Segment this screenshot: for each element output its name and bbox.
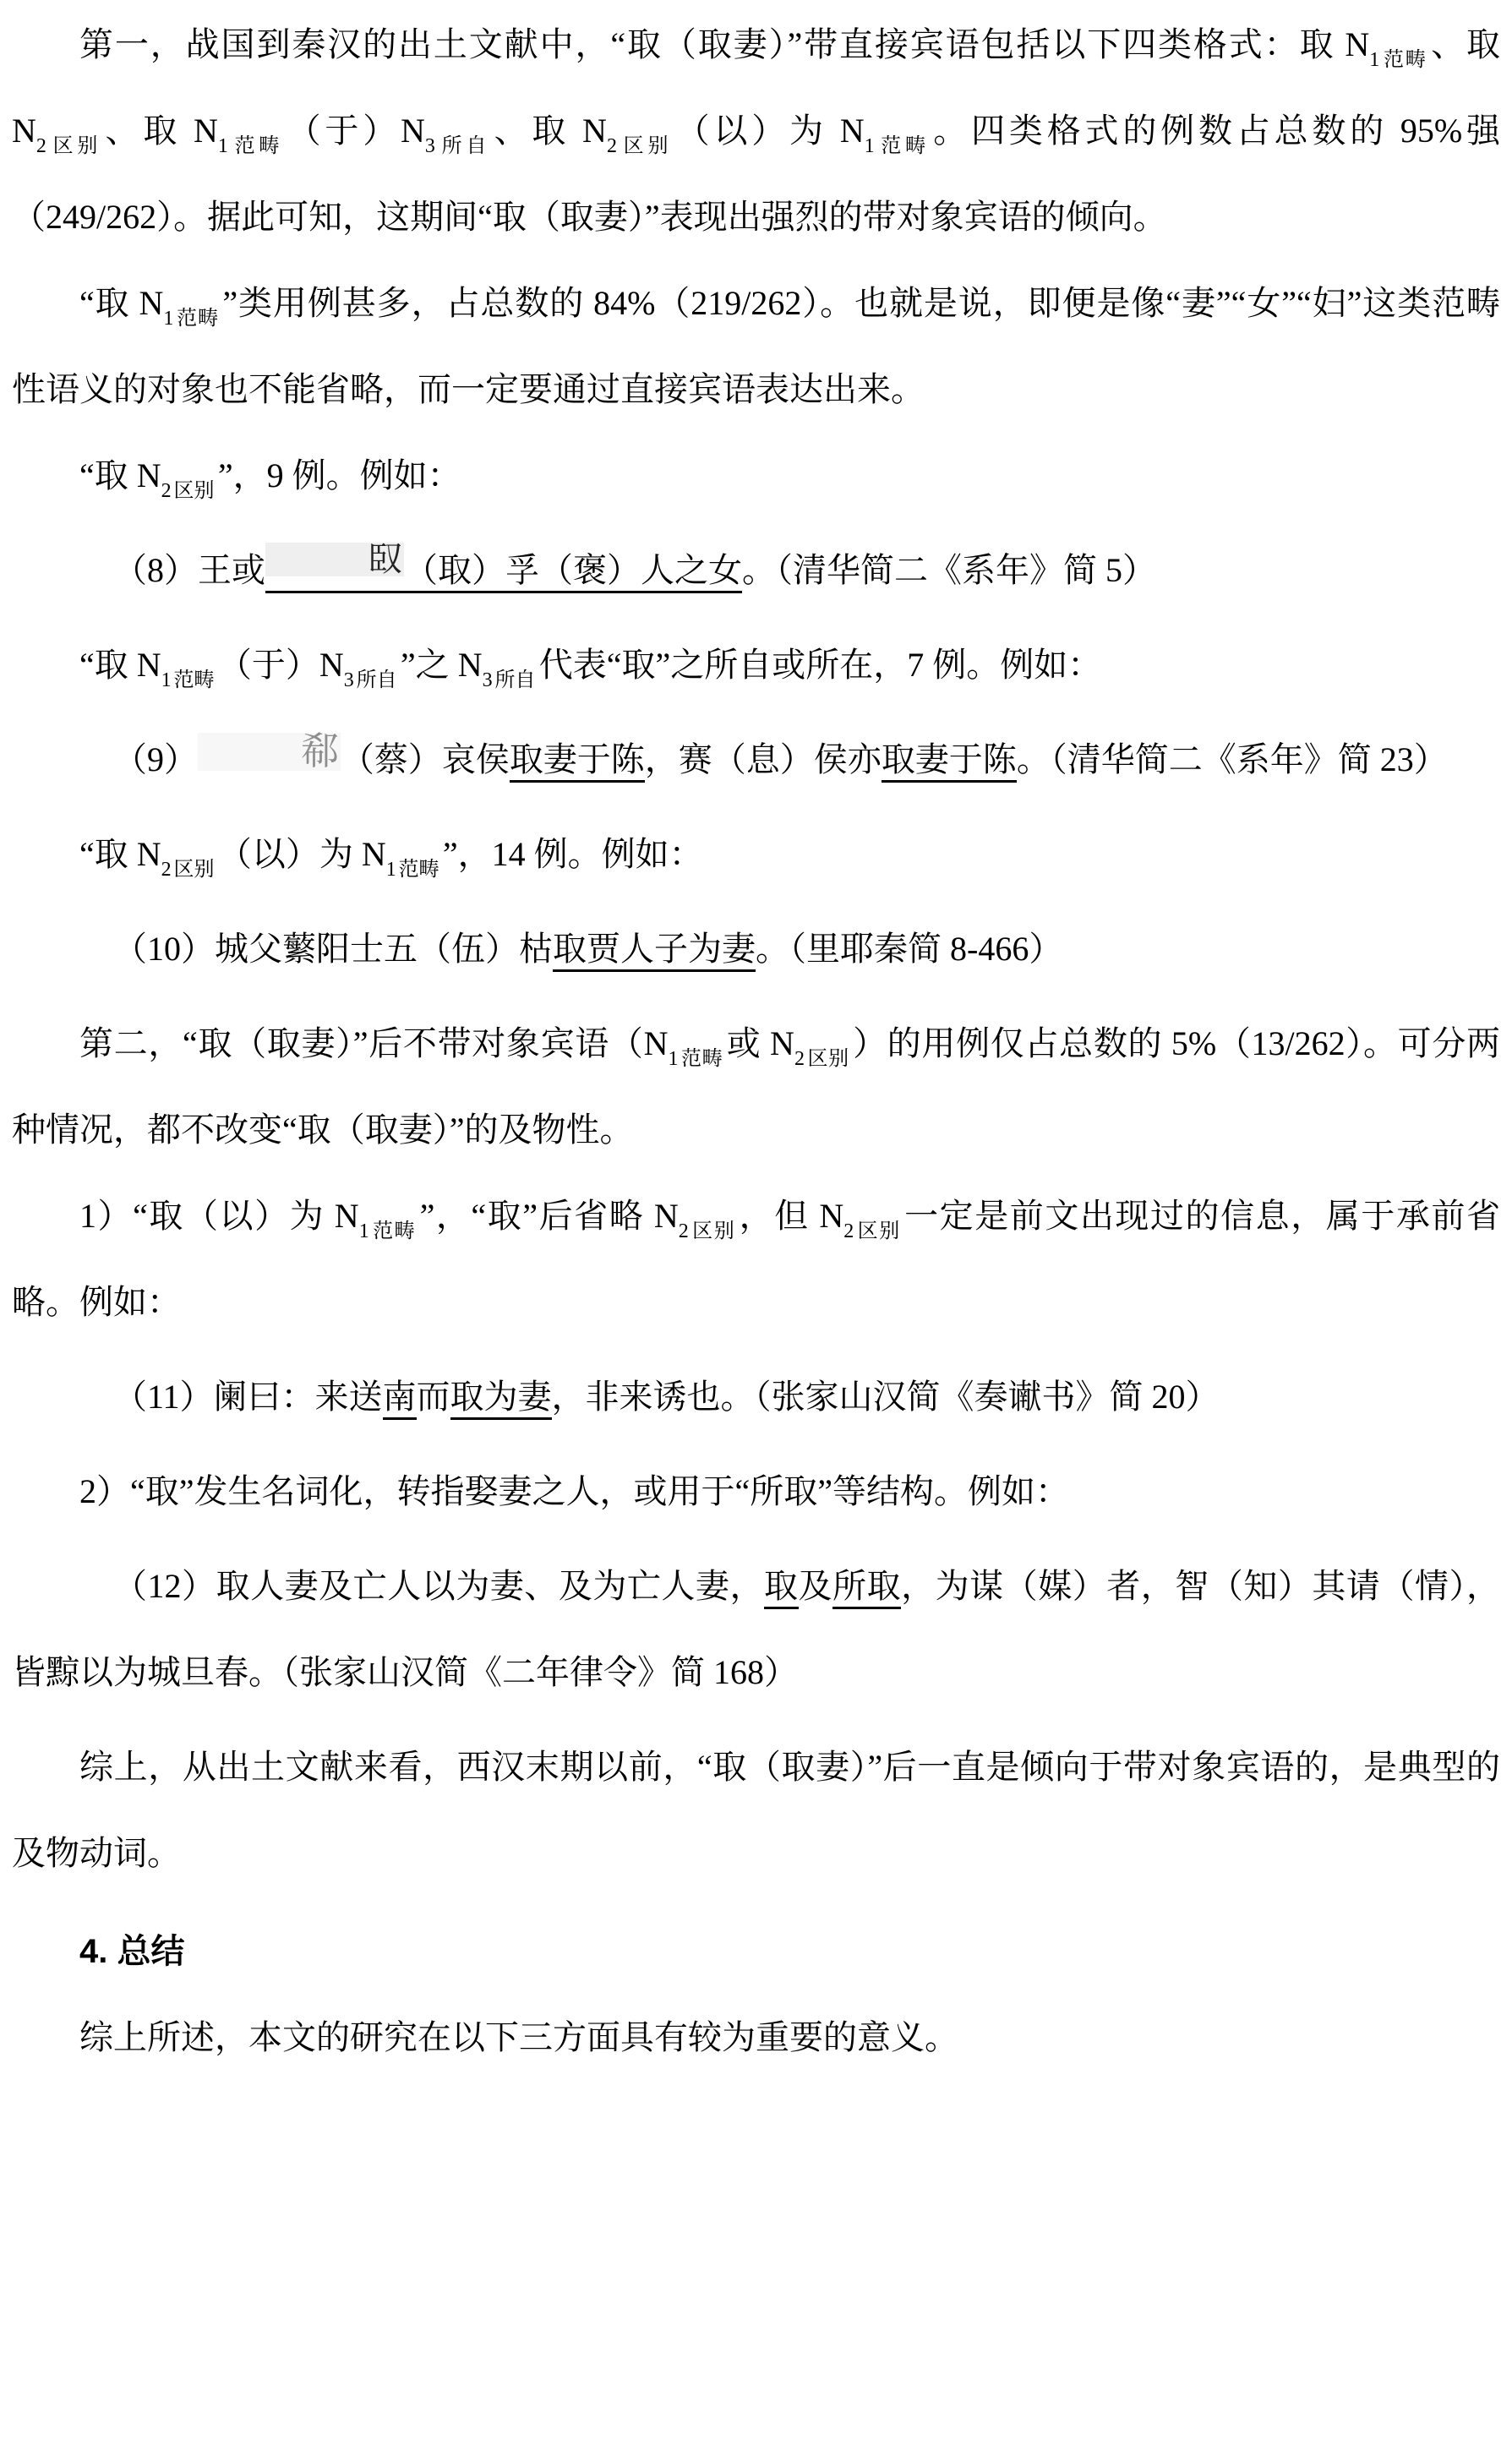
text-run: （10）城父蘩阳士五（伍）枯	[113, 930, 553, 968]
n-base: N	[582, 112, 607, 150]
n-subscript-number: 3	[483, 669, 493, 691]
example-sentence-11: （11）阑曰：来送南而取为妻，非来诱也。（张家山汉简《奏谳书》简 20）	[12, 1354, 1500, 1440]
example-sentence-10: （10）城父蘩阳士五（伍）枯取贾人子为妻。（里耶秦简 8-466）	[12, 906, 1500, 992]
text-run: ”，“取”后省略	[420, 1197, 654, 1235]
text-run: 、取	[106, 112, 194, 150]
n-subscript-label: 范畴	[176, 308, 219, 330]
text-run: （于）	[287, 112, 401, 150]
n-subscript-label: 范畴	[680, 1048, 723, 1070]
n-base: N	[1345, 25, 1369, 63]
text-run: 南	[383, 1378, 417, 1416]
n-subscript-number: 2	[36, 135, 46, 157]
n-base: N	[139, 284, 164, 322]
text-run: 或	[727, 1024, 770, 1062]
n-subscript-formula: N1范畴	[194, 112, 287, 150]
text-run: “取	[79, 456, 137, 494]
n-subscript-number: 3	[425, 135, 435, 157]
n-subscript-label: 区别	[174, 859, 215, 881]
n-base: N	[137, 456, 161, 494]
n-subscript-label: 范畴	[372, 1220, 417, 1242]
text-run: 所取	[832, 1567, 901, 1605]
underlined-text: 取妻于陈	[510, 740, 645, 783]
n-subscript-formula: N1范畴	[362, 835, 443, 873]
text-run: ，但	[740, 1197, 820, 1235]
text-run: （8）王或	[113, 551, 265, 589]
n-subscript-label: 区别	[856, 1220, 901, 1242]
n-base: N	[644, 1024, 669, 1062]
text-run: （于）	[218, 646, 319, 684]
text-run: 4. 总结	[79, 1933, 184, 1970]
text-run: 取	[764, 1567, 799, 1605]
text-run: （以）为	[218, 835, 362, 873]
n-base: N	[12, 112, 36, 150]
text-run: （蔡）哀侯	[341, 740, 510, 778]
n-subscript-number: 2	[607, 135, 617, 157]
text-run: ”，14 例。例如：	[443, 835, 703, 873]
n-subscript-formula: N2区别	[12, 112, 106, 150]
n-subscript-label: 范畴	[1382, 49, 1427, 71]
n-subscript-number: 1	[1369, 49, 1379, 71]
n-base: N	[335, 1197, 359, 1235]
n-subscript-formula: N2区别	[137, 835, 218, 873]
n-subscript-number: 1	[161, 669, 172, 691]
n-base: N	[137, 835, 161, 873]
n-subscript-label: 区别	[49, 135, 101, 157]
text-run: 及	[799, 1567, 833, 1605]
body-paragraph-first-point: 第一，战国到秦汉的出土文献中，“取（取妻）”带直接宾语包括以下四类格式：取 N1…	[12, 2, 1500, 260]
text-run: （11）阑曰：来送	[113, 1378, 383, 1416]
text-run: 取妻于陈	[510, 740, 645, 778]
text-run: 代表“取”之所自或所在，7 例。例如：	[539, 646, 1102, 684]
body-paragraph-second-point: 第二，“取（取妻）”后不带对象宾语（N1范畴或 N2区别）的用例仅占总数的 5%…	[12, 1001, 1500, 1173]
n-subscript-formula: N1范畴	[1345, 25, 1431, 63]
text-run: 。（清华简二《系年》简 5）	[742, 551, 1156, 589]
n-subscript-label: 区别	[620, 135, 672, 157]
text-run: ”，9 例。例如：	[218, 456, 461, 494]
n-subscript-number: 1	[218, 135, 228, 157]
n-base: N	[819, 1197, 843, 1235]
text-run: 取贾人子为妻	[553, 930, 756, 968]
n-subscript-label: 区别	[174, 480, 215, 502]
n-subscript-label: 范畴	[876, 135, 929, 157]
n-subscript-label: 范畴	[231, 135, 283, 157]
body-paragraph-summary: 综上，从出土文献来看，西汉末期以前，“取（取妻）”后一直是倾向于带对象宾语的，是…	[12, 1724, 1500, 1897]
text-run: ，非来诱也。（张家山汉简《奏谳书》简 20）	[552, 1378, 1220, 1416]
text-run: （12）取人妻及亡人以为妻、及为亡人妻，	[113, 1567, 764, 1605]
body-paragraph-case-1: 1）“取（以）为 N1范畴”，“取”后省略 N2区别，但 N2区别一定是前文出现…	[12, 1173, 1500, 1346]
text-run: （以）为	[676, 112, 840, 150]
underlined-text: 取为妻	[450, 1378, 552, 1420]
underlined-text: 取贾人子为妻	[553, 930, 756, 972]
n-subscript-number: 2	[161, 480, 172, 502]
n-base: N	[770, 1024, 794, 1062]
n-base: N	[840, 112, 865, 150]
n-subscript-number: 2	[161, 859, 172, 881]
n-base: N	[401, 112, 425, 150]
body-paragraph-n1-category: “取 N1范畴”类用例甚多，占总数的 84%（219/262）。也就是说，即便是…	[12, 260, 1500, 433]
n-subscript-label: 范畴	[174, 669, 215, 691]
example-sentence-12: （12）取人妻及亡人以为妻、及为亡人妻，取及所取，为谋（媒）者，智（知）其请（情…	[12, 1543, 1500, 1716]
body-paragraph-case-2: 2）“取”发生名词化，转指娶妻之人，或用于“所取”等结构。例如：	[12, 1449, 1500, 1535]
n-subscript-formula: N1范畴	[139, 284, 223, 322]
underlined-text: 所取	[832, 1567, 901, 1609]
text-run: 。（里耶秦简 8-466）	[756, 930, 1062, 968]
example-sentence-8: （8）王或臤（取）孚（褒）人之女。（清华简二《系年》简 5）	[12, 527, 1500, 614]
n-subscript-formula: N3所自	[401, 112, 494, 150]
n-subscript-number: 1	[865, 135, 875, 157]
body-paragraph-conclusion-intro: 综上所述，本文的研究在以下三方面具有较为重要的意义。	[12, 1995, 1500, 2081]
text-run: ”类用例甚多，占总数的 84%（219/262）。也就是说，即便是像“妻”“女”…	[12, 284, 1500, 408]
n-subscript-number: 2	[679, 1220, 689, 1242]
underlined-text: 南	[383, 1378, 417, 1420]
text-run: 、取	[1431, 25, 1500, 63]
text-run: “取	[79, 835, 137, 873]
n-subscript-formula: N1范畴	[335, 1197, 420, 1235]
n-subscript-formula: N1范畴	[644, 1024, 727, 1062]
n-subscript-formula: N2区别	[819, 1197, 904, 1235]
text-run: 2）“取”发生名词化，转指娶妻之人，或用于“所取”等结构。例如：	[79, 1472, 1069, 1510]
n-subscript-label: 所自	[438, 135, 490, 157]
n-base: N	[319, 646, 344, 684]
text-run: 第一，战国到秦汉的出土文献中，“取（取妻）”带直接宾语包括以下四类格式：取	[79, 25, 1345, 63]
text-run: “取	[79, 646, 137, 684]
underlined-text: 取妻于陈	[882, 740, 1017, 783]
text-run: （9）	[113, 740, 198, 778]
text-run: 综上所述，本文的研究在以下三方面具有较为重要的意义。	[79, 2018, 958, 2056]
text-run: 1）“取（以）为	[79, 1197, 335, 1235]
n-subscript-formula: N2区别	[137, 456, 218, 494]
text-run: 综上，从出土文献来看，西汉末期以前，“取（取妻）”后一直是倾向于带对象宾语的，是…	[12, 1748, 1500, 1872]
archaic-character-glyph: 臤	[265, 543, 404, 576]
n-subscript-formula: N3所自	[458, 646, 539, 684]
n-subscript-number: 3	[344, 669, 354, 691]
body-paragraph-n2-intro: “取 N2区别”，9 例。例如：	[12, 433, 1500, 519]
n-subscript-number: 1	[386, 859, 396, 881]
n-base: N	[137, 646, 161, 684]
n-base: N	[362, 835, 386, 873]
n-subscript-number: 2	[794, 1048, 805, 1070]
text-run: “取	[79, 284, 139, 322]
n-subscript-formula: N2区别	[654, 1197, 740, 1235]
n-subscript-label: 范畴	[399, 859, 439, 881]
n-subscript-number: 1	[163, 308, 173, 330]
underlined-text: 取	[764, 1567, 799, 1609]
n-subscript-formula: N1范畴	[137, 646, 218, 684]
n-subscript-label: 所自	[357, 669, 397, 691]
body-paragraph-n2-yi-wei-n1: “取 N2区别（以）为 N1范畴”，14 例。例如：	[12, 811, 1500, 898]
n-base: N	[654, 1197, 679, 1235]
underlined-text: 臤（取）孚（褒）人之女	[265, 551, 742, 593]
document-page: 第一，战国到秦汉的出土文献中，“取（取妻）”带直接宾语包括以下四类格式：取 N1…	[0, 0, 1512, 2440]
text-run: ”之	[401, 646, 458, 684]
body-paragraph-n1-yu-n3: “取 N1范畴（于）N3所自”之 N3所自代表“取”之所自或所在，7 例。例如：	[12, 622, 1500, 708]
n-subscript-formula: N2区别	[582, 112, 676, 150]
section-heading-4: 4. 总结	[12, 1908, 1500, 1995]
text-run: （取）孚（褒）人之女	[404, 551, 742, 589]
text-run: 而	[417, 1378, 450, 1416]
n-base: N	[458, 646, 483, 684]
text-run: 取为妻	[450, 1378, 552, 1416]
text-run: ，赛（息）侯亦	[645, 740, 882, 778]
n-subscript-number: 1	[359, 1220, 369, 1242]
n-subscript-formula: N1范畴	[840, 112, 934, 150]
text-run: 、取	[494, 112, 582, 150]
n-base: N	[194, 112, 218, 150]
n-subscript-formula: N2区别	[770, 1024, 853, 1062]
text-run: 。（清华简二《系年》简 23）	[1017, 740, 1448, 778]
archaic-character-glyph: 郗	[198, 733, 341, 771]
n-subscript-label: 所自	[494, 669, 535, 691]
text-run: 第二，“取（取妻）”后不带对象宾语（	[79, 1024, 644, 1062]
text-run: 取妻于陈	[882, 740, 1017, 778]
n-subscript-number: 1	[669, 1048, 679, 1070]
n-subscript-number: 2	[843, 1220, 854, 1242]
n-subscript-label: 区别	[807, 1048, 849, 1070]
n-subscript-label: 区别	[691, 1220, 736, 1242]
n-subscript-formula: N3所自	[319, 646, 401, 684]
example-sentence-9: （9）郗（蔡）哀侯取妻于陈，赛（息）侯亦取妻于陈。（清华简二《系年》简 23）	[12, 717, 1500, 803]
